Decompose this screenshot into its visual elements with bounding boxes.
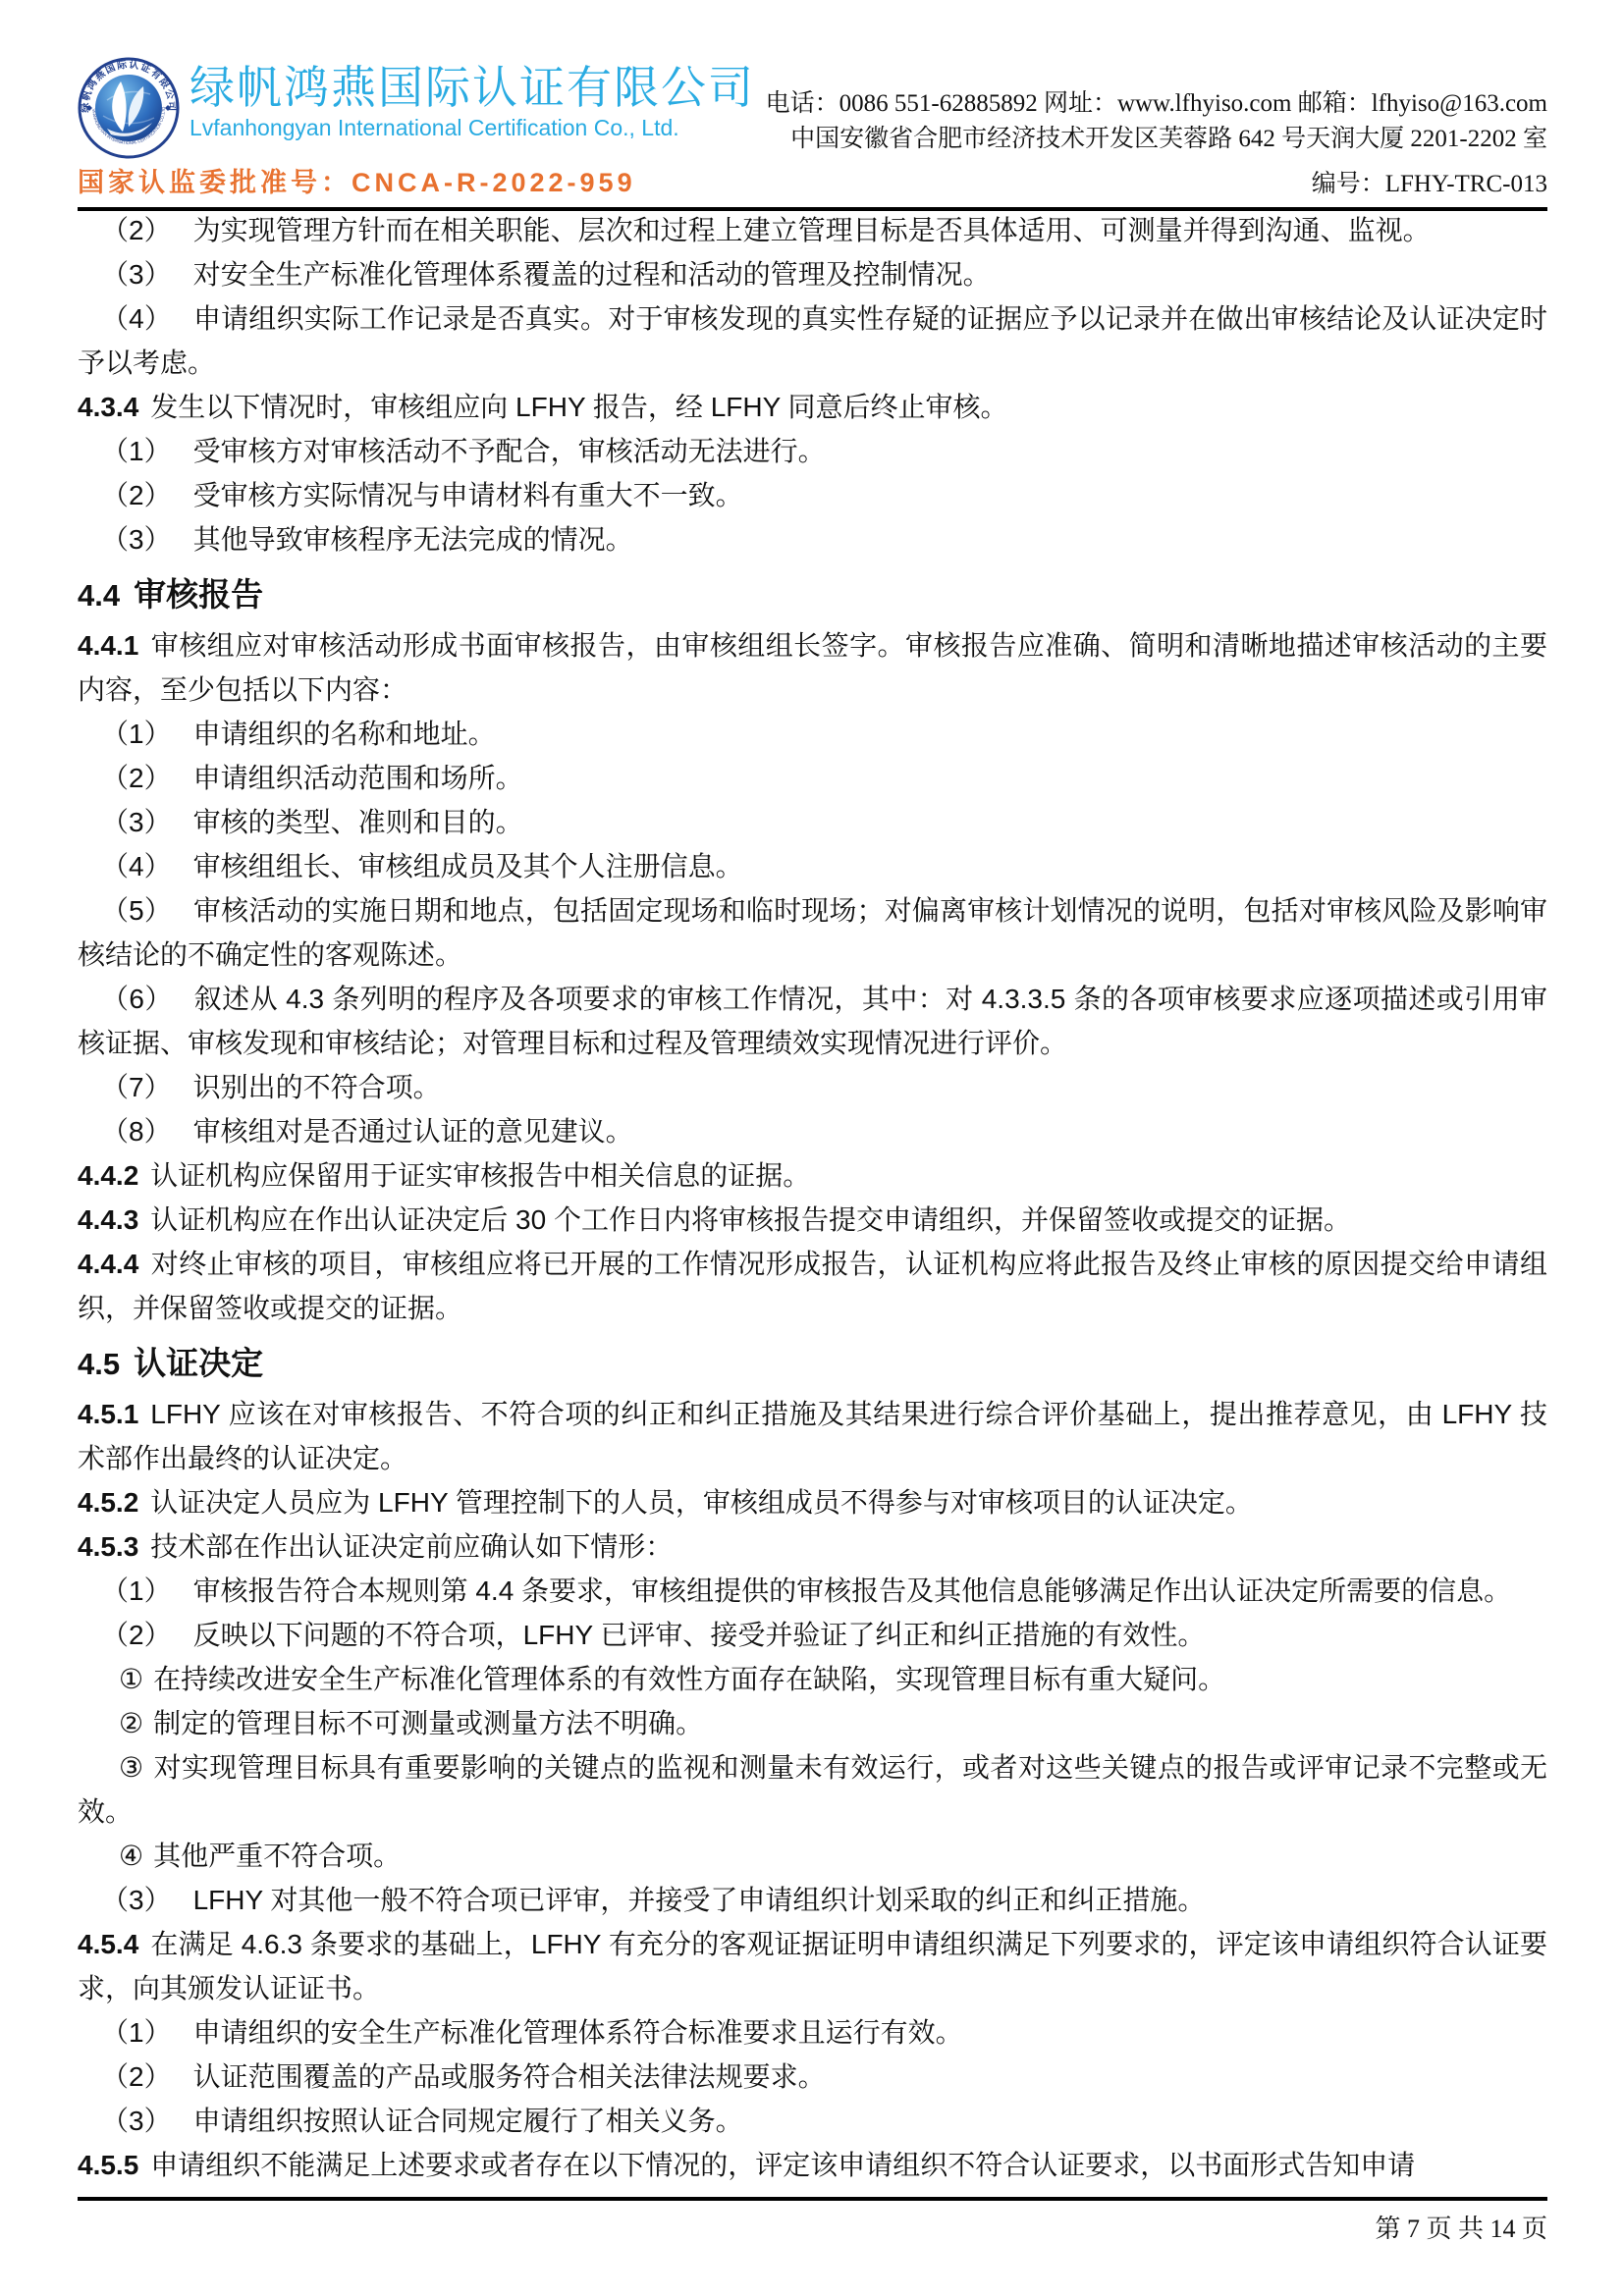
paragraph-text: 对安全生产标准化管理体系覆盖的过程和活动的管理及控制情况。	[193, 259, 991, 290]
paragraph: 4.5.1LFHY 应该在对审核报告、不符合项的纠正和纠正措施及其结果进行综合评…	[78, 1392, 1547, 1480]
paragraph: （1）审核报告符合本规则第 4.4 条要求，审核组提供的审核报告及其他信息能够满…	[78, 1569, 1547, 1613]
letterhead: 绿帆鸿燕国际认证有限公司 LVFANHONGYAN INTERNATIONAL …	[78, 39, 1547, 211]
approval-label: 国家认监委批准号：	[78, 168, 352, 197]
paragraph-text: 认证机构应在作出认证决定后 30 个工作日内将审核报告提交申请组织，并保留签收或…	[150, 1204, 1351, 1235]
item-label: （2）	[101, 1620, 172, 1650]
paragraph-text: 审核报告	[134, 576, 263, 613]
paragraph-text: 在满足 4.6.3 条要求的基础上，LFHY 有充分的客观证据证明申请组织满足下…	[78, 1929, 1547, 2003]
paragraph: （3）LFHY 对其他一般不符合项已评审，并接受了申请组织计划采取的纠正和纠正措…	[78, 1878, 1547, 1922]
paragraph-text: 申请组织按照认证合同规定履行了相关义务。	[193, 2106, 743, 2136]
item-label: （7）	[101, 1072, 172, 1102]
section-number: 4.3.4	[78, 392, 138, 422]
paragraph-text: 反映以下问题的不符合项，LFHY 已评审、接受并验证了纠正和纠正措施的有效性。	[193, 1620, 1206, 1650]
item-label: （1）	[101, 2017, 172, 2048]
section-number: 4.4.2	[78, 1160, 138, 1191]
contact-block: 电话：0086 551-62885892 网址：www.lfhyiso.com …	[766, 86, 1547, 157]
item-label: （3）	[101, 524, 172, 555]
paragraph: ②制定的管理目标不可测量或测量方法不明确。	[78, 1701, 1547, 1745]
section-heading: 4.4审核报告	[78, 571, 1547, 619]
company-name-en: Lvfanhongyan International Certification…	[189, 114, 755, 141]
paragraph: 4.5.2认证决定人员应为 LFHY 管理控制下的人员，审核组成员不得参与对审核…	[78, 1480, 1547, 1524]
paragraph-text: 申请组织不能满足上述要求或者存在以下情况的，评定该申请组织不符合认证要求，以书面…	[150, 2150, 1415, 2180]
paragraph: 4.3.4发生以下情况时，审核组应向 LFHY 报告，经 LFHY 同意后终止审…	[78, 385, 1547, 429]
paragraph: 4.4.3认证机构应在作出认证决定后 30 个工作日内将审核报告提交申请组织，并…	[78, 1198, 1547, 1242]
paragraph: 4.5.5申请组织不能满足上述要求或者存在以下情况的，评定该申请组织不符合认证要…	[78, 2143, 1547, 2187]
section-number: 4.5.1	[78, 1399, 138, 1429]
paragraph-text: 对终止审核的项目，审核组应将已开展的工作情况形成报告，认证机构应将此报告及终止审…	[78, 1249, 1547, 1323]
paragraph-text: 受审核方对审核活动不予配合，审核活动无法进行。	[193, 436, 826, 466]
paragraph-text: 在持续改进安全生产标准化管理体系的有效性方面存在缺陷，实现管理目标有重大疑问。	[153, 1664, 1225, 1694]
paragraph-text: 制定的管理目标不可测量或测量方法不明确。	[153, 1708, 703, 1738]
paragraph-text: 申请组织的安全生产标准化管理体系符合标准要求且运行有效。	[193, 2017, 963, 2048]
paragraph-text: 为实现管理方针而在相关职能、层次和过程上建立管理目标是否具体适用、可测量并得到沟…	[193, 215, 1431, 245]
paragraph: （2）反映以下问题的不符合项，LFHY 已评审、接受并验证了纠正和纠正措施的有效…	[78, 1613, 1547, 1657]
approval-number: CNCA-R-2022-959	[352, 168, 636, 197]
paragraph: （6）叙述从 4.3 条列明的程序及各项要求的审核工作情况，其中：对 4.3.3…	[78, 977, 1547, 1065]
paragraph: （1）申请组织的名称和地址。	[78, 712, 1547, 756]
section-number: 4.5.5	[78, 2150, 138, 2180]
paragraph-text: 叙述从 4.3 条列明的程序及各项要求的审核工作情况，其中：对 4.3.3.5 …	[78, 984, 1547, 1058]
paragraph: （4）申请组织实际工作记录是否真实。对于审核发现的真实性存疑的证据应予以记录并在…	[78, 296, 1547, 385]
page-footer: 第 7 页 共 14 页	[78, 2197, 1547, 2245]
section-number: 4.5	[78, 1347, 120, 1381]
paragraph: （3）审核的类型、准则和目的。	[78, 800, 1547, 844]
doc-number: LFHY-TRC-013	[1385, 171, 1547, 197]
company-name-zh: 绿帆鸿燕国际认证有限公司	[189, 63, 755, 112]
page-info: 第 7 页 共 14 页	[1375, 2215, 1547, 2243]
paragraph: （4）审核组组长、审核组成员及其个人注册信息。	[78, 844, 1547, 888]
section-number: 4.5.2	[78, 1487, 138, 1518]
paragraph-text: 审核活动的实施日期和地点，包括固定现场和临时现场；对偏离审核计划情况的说明，包括…	[78, 895, 1547, 970]
item-label: （8）	[101, 1116, 172, 1147]
contact-line: 电话：0086 551-62885892 网址：www.lfhyiso.com …	[766, 86, 1547, 122]
approval-number-line: 国家认监委批准号：CNCA-R-2022-959	[78, 161, 636, 199]
letterhead-bottom-row: 国家认监委批准号：CNCA-R-2022-959 编号：LFHY-TRC-013	[78, 161, 1547, 199]
paragraph: 4.5.4在满足 4.6.3 条要求的基础上，LFHY 有充分的客观证据证明申请…	[78, 1922, 1547, 2010]
paragraph-text: 识别出的不符合项。	[193, 1072, 441, 1102]
paragraph: 4.4.1审核组应对审核活动形成书面审核报告，由审核组组长签字。审核报告应准确、…	[78, 623, 1547, 712]
paragraph: ④其他严重不符合项。	[78, 1834, 1547, 1878]
item-label: （3）	[101, 1885, 172, 1915]
item-label: （6）	[101, 984, 173, 1014]
item-label: （2）	[101, 763, 172, 793]
paragraph: （2）为实现管理方针而在相关职能、层次和过程上建立管理目标是否具体适用、可测量并…	[78, 208, 1547, 252]
section-number: 4.4.1	[78, 630, 138, 661]
paragraph-text: 认证决定人员应为 LFHY 管理控制下的人员，审核组成员不得参与对审核项目的认证…	[150, 1487, 1253, 1518]
address-line: 中国安徽省合肥市经济技术开发区芙蓉路 642 号天润大厦 2201-2202 室	[766, 122, 1547, 157]
paragraph-text: 审核组应对审核活动形成书面审核报告，由审核组组长签字。审核报告应准确、简明和清晰…	[78, 630, 1547, 705]
paragraph: ③对实现管理目标具有重要影响的关键点的监视和测量未有效运行，或者对这些关键点的报…	[78, 1745, 1547, 1834]
paragraph: （2）申请组织活动范围和场所。	[78, 756, 1547, 800]
paragraph: （7）识别出的不符合项。	[78, 1065, 1547, 1109]
paragraph: ①在持续改进安全生产标准化管理体系的有效性方面存在缺陷，实现管理目标有重大疑问。	[78, 1657, 1547, 1701]
paragraph-text: 对实现管理目标具有重要影响的关键点的监视和测量未有效运行，或者对这些关键点的报告…	[78, 1752, 1547, 1827]
item-label: （1）	[101, 1575, 172, 1606]
company-names: 绿帆鸿燕国际认证有限公司 Lvfanhongyan International …	[189, 63, 755, 141]
paragraph: （1）申请组织的安全生产标准化管理体系符合标准要求且运行有效。	[78, 2010, 1547, 2055]
paragraph-text: 技术部在作出认证决定前应确认如下情形：	[150, 1531, 673, 1562]
paragraph: 4.4.4对终止审核的项目，审核组应将已开展的工作情况形成报告，认证机构应将此报…	[78, 1242, 1547, 1330]
company-logo: 绿帆鸿燕国际认证有限公司 LVFANHONGYAN INTERNATIONAL …	[78, 57, 184, 159]
section-number: 4.4.4	[78, 1249, 138, 1279]
letterhead-top-row: 绿帆鸿燕国际认证有限公司 LVFANHONGYAN INTERNATIONAL …	[78, 39, 1547, 159]
paragraph: （1）受审核方对审核活动不予配合，审核活动无法进行。	[78, 429, 1547, 473]
paragraph: （3）其他导致审核程序无法完成的情况。	[78, 517, 1547, 561]
paragraph-text: 发生以下情况时，审核组应向 LFHY 报告，经 LFHY 同意后终止审核。	[150, 392, 1007, 422]
paragraph-text: 认证决定	[134, 1345, 263, 1381]
paragraph-text: 审核的类型、准则和目的。	[193, 807, 523, 837]
section-number: 4.5.3	[78, 1531, 138, 1562]
item-label: （5）	[101, 895, 172, 926]
paragraph-text: 申请组织实际工作记录是否真实。对于审核发现的真实性存疑的证据应予以记录并在做出审…	[78, 303, 1547, 378]
paragraph: （2）受审核方实际情况与申请材料有重大不一致。	[78, 473, 1547, 517]
paragraph: （3）申请组织按照认证合同规定履行了相关义务。	[78, 2099, 1547, 2143]
item-label: （3）	[101, 807, 172, 837]
item-label: （3）	[101, 2106, 172, 2136]
item-label: （2）	[101, 215, 172, 245]
paragraph-text: 认证机构应保留用于证实审核报告中相关信息的证据。	[150, 1160, 810, 1191]
paragraph-text: 其他导致审核程序无法完成的情况。	[193, 524, 633, 555]
item-label: （1）	[101, 436, 172, 466]
paragraph: （8）审核组对是否通过认证的意见建议。	[78, 1109, 1547, 1153]
doc-number-label: 编号：	[1312, 171, 1385, 197]
item-label: （4）	[101, 851, 172, 881]
paragraph: （5）审核活动的实施日期和地点，包括固定现场和临时现场；对偏离审核计划情况的说明…	[78, 888, 1547, 977]
item-label: （2）	[101, 480, 172, 510]
item-label: （4）	[101, 303, 172, 334]
document-body: （2）为实现管理方针而在相关职能、层次和过程上建立管理目标是否具体适用、可测量并…	[78, 208, 1547, 2187]
item-label: （2）	[101, 2061, 172, 2092]
section-heading: 4.5认证决定	[78, 1340, 1547, 1388]
paragraph: （3）对安全生产标准化管理体系覆盖的过程和活动的管理及控制情况。	[78, 252, 1547, 296]
company-logo-emblem: 绿帆鸿燕国际认证有限公司 LVFANHONGYAN INTERNATIONAL …	[78, 57, 180, 159]
paragraph-text: 申请组织的名称和地址。	[193, 719, 496, 749]
paragraph-text: 其他严重不符合项。	[153, 1841, 401, 1871]
section-number: 4.5.4	[78, 1929, 138, 1959]
paragraph-text: LFHY 对其他一般不符合项已评审，并接受了申请组织计划采取的纠正和纠正措施。	[193, 1885, 1206, 1915]
paragraph-text: LFHY 应该在对审核报告、不符合项的纠正和纠正措施及其结果进行综合评价基础上，…	[78, 1399, 1547, 1473]
section-number: 4.4.3	[78, 1204, 138, 1235]
doc-number-line: 编号：LFHY-TRC-013	[1312, 164, 1547, 199]
section-number: 4.4	[78, 578, 120, 613]
item-label: ④	[119, 1841, 143, 1871]
item-label: （3）	[101, 259, 172, 290]
paragraph: （2）认证范围覆盖的产品或服务符合相关法律法规要求。	[78, 2055, 1547, 2099]
document-page: 绿帆鸿燕国际认证有限公司 LVFANHONGYAN INTERNATIONAL …	[0, 0, 1624, 2296]
paragraph-text: 申请组织活动范围和场所。	[193, 763, 523, 793]
item-label: ①	[119, 1664, 143, 1694]
paragraph-text: 认证范围覆盖的产品或服务符合相关法律法规要求。	[193, 2061, 826, 2092]
paragraph-text: 审核组对是否通过认证的意见建议。	[193, 1116, 633, 1147]
paragraph: 4.4.2认证机构应保留用于证实审核报告中相关信息的证据。	[78, 1153, 1547, 1198]
item-label: ②	[119, 1708, 143, 1738]
paragraph: 4.5.3技术部在作出认证决定前应确认如下情形：	[78, 1524, 1547, 1569]
item-label: （1）	[101, 719, 172, 749]
paragraph-text: 审核组组长、审核组成员及其个人注册信息。	[193, 851, 743, 881]
paragraph-text: 审核报告符合本规则第 4.4 条要求，审核组提供的审核报告及其他信息能够满足作出…	[193, 1575, 1512, 1606]
item-label: ③	[119, 1752, 144, 1783]
paragraph-text: 受审核方实际情况与申请材料有重大不一致。	[193, 480, 743, 510]
